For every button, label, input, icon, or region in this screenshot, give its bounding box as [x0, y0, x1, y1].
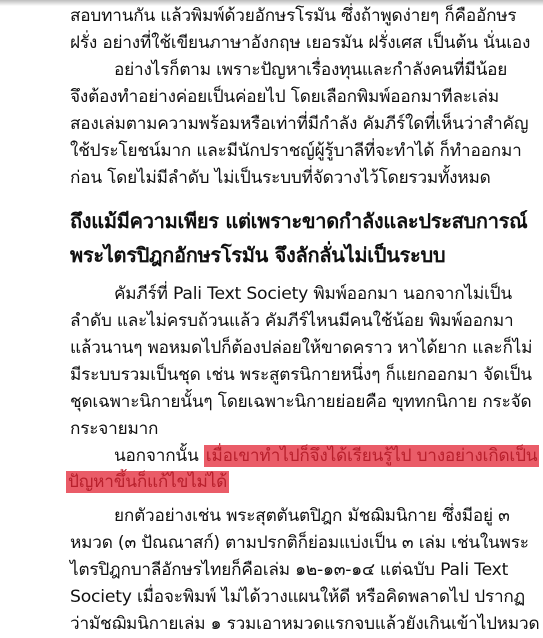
text-line: กระจายมาก: [70, 417, 158, 441]
text-line: สอบทานกัน แล้วพิมพ์ด้วยอักษรโรมัน ซึ่งถ้…: [70, 4, 516, 28]
text-line-with-highlight: ปัญหาขึ้นก็แก้ไขไม่ได้: [66, 470, 229, 494]
text-line-with-highlight: นอกจากนั้น เมื่อเขาทำไปก็จึงได้เรียนรู้ไ…: [114, 444, 539, 468]
highlighted-text[interactable]: เมื่อเขาทำไปก็จึงได้เรียนรู้ไป บางอย่างเ…: [204, 445, 540, 467]
text-line: ว่ามัชฌิมนิกายเล่ม ๑ รวมเอาหมวดแรกจบแล้ว…: [70, 612, 539, 636]
text-prefix: นอกจากนั้น: [114, 446, 204, 466]
text-line: อย่างไรก็ตาม เพราะปัญหาเรื่องทุนและกำลัง…: [114, 58, 507, 82]
text-line: ยกตัวอย่างเช่น พระสุตตันตปิฎก มัชฌิมนิกา…: [114, 504, 510, 528]
text-line: สองเล่มตามความพร้อมหรือเท่าที่มีกำลัง คั…: [70, 112, 528, 136]
text-line: ลำดับ และไม่ครบถ้วนแล้ว คัมภีร์ไหนมีคนใช…: [70, 309, 513, 333]
text-line: หมวด (๓ ปัณณาสก์) ตามปรกติก็ย่อมแบ่งเป็น…: [70, 531, 529, 555]
text-line: คัมภีร์ที่ Pali Text Society พิมพ์ออกมา …: [114, 282, 512, 306]
section-heading-line-1: ถึงแม้มีความเพียร แต่เพราะขาดกำลังและประ…: [70, 206, 527, 236]
text-line: ชุดเฉพาะนิกายนั้นๆ โดยเฉพาะนิกายย่อยคือ …: [70, 390, 531, 414]
text-line: จึงต้องทำอย่างค่อยเป็นค่อยไป โดยเลือกพิม…: [70, 85, 499, 109]
highlighted-text[interactable]: ปัญหาขึ้นก็แก้ไขไม่ได้: [66, 471, 229, 493]
text-line: ใช้ประโยชน์มาก และมีนักปราชญ์ผู้รู้บาลีท…: [70, 139, 522, 163]
text-line: Society เมื่อจะพิมพ์ ไม่ได้วางแผนให้ดี ห…: [70, 585, 525, 609]
text-line: แล้วนานๆ พอหมดไปก็ต้องปล่อยให้ขาดคราว หา…: [70, 336, 532, 360]
section-heading-line-2: พระไตรปิฎกอักษรโรมัน จึงลักลั่นไม่เป็นระ…: [70, 240, 445, 270]
text-line: ก่อน โดยไม่มีลำดับ ไม่เป็นระบบที่จัดวางไ…: [70, 166, 491, 190]
text-line: ฝรั่ง อย่างที่ใช้เขียนภาษาอังกฤษ เยอรมัน…: [70, 31, 530, 55]
text-line: มีระบบรวมเป็นชุด เช่น พระสูตรนิกายหนึ่งๆ…: [70, 363, 532, 387]
text-line: ไตรปิฎกบาลีอักษรไทยก็คือเล่ม ๑๒-๑๓-๑๔ แต…: [70, 558, 508, 582]
